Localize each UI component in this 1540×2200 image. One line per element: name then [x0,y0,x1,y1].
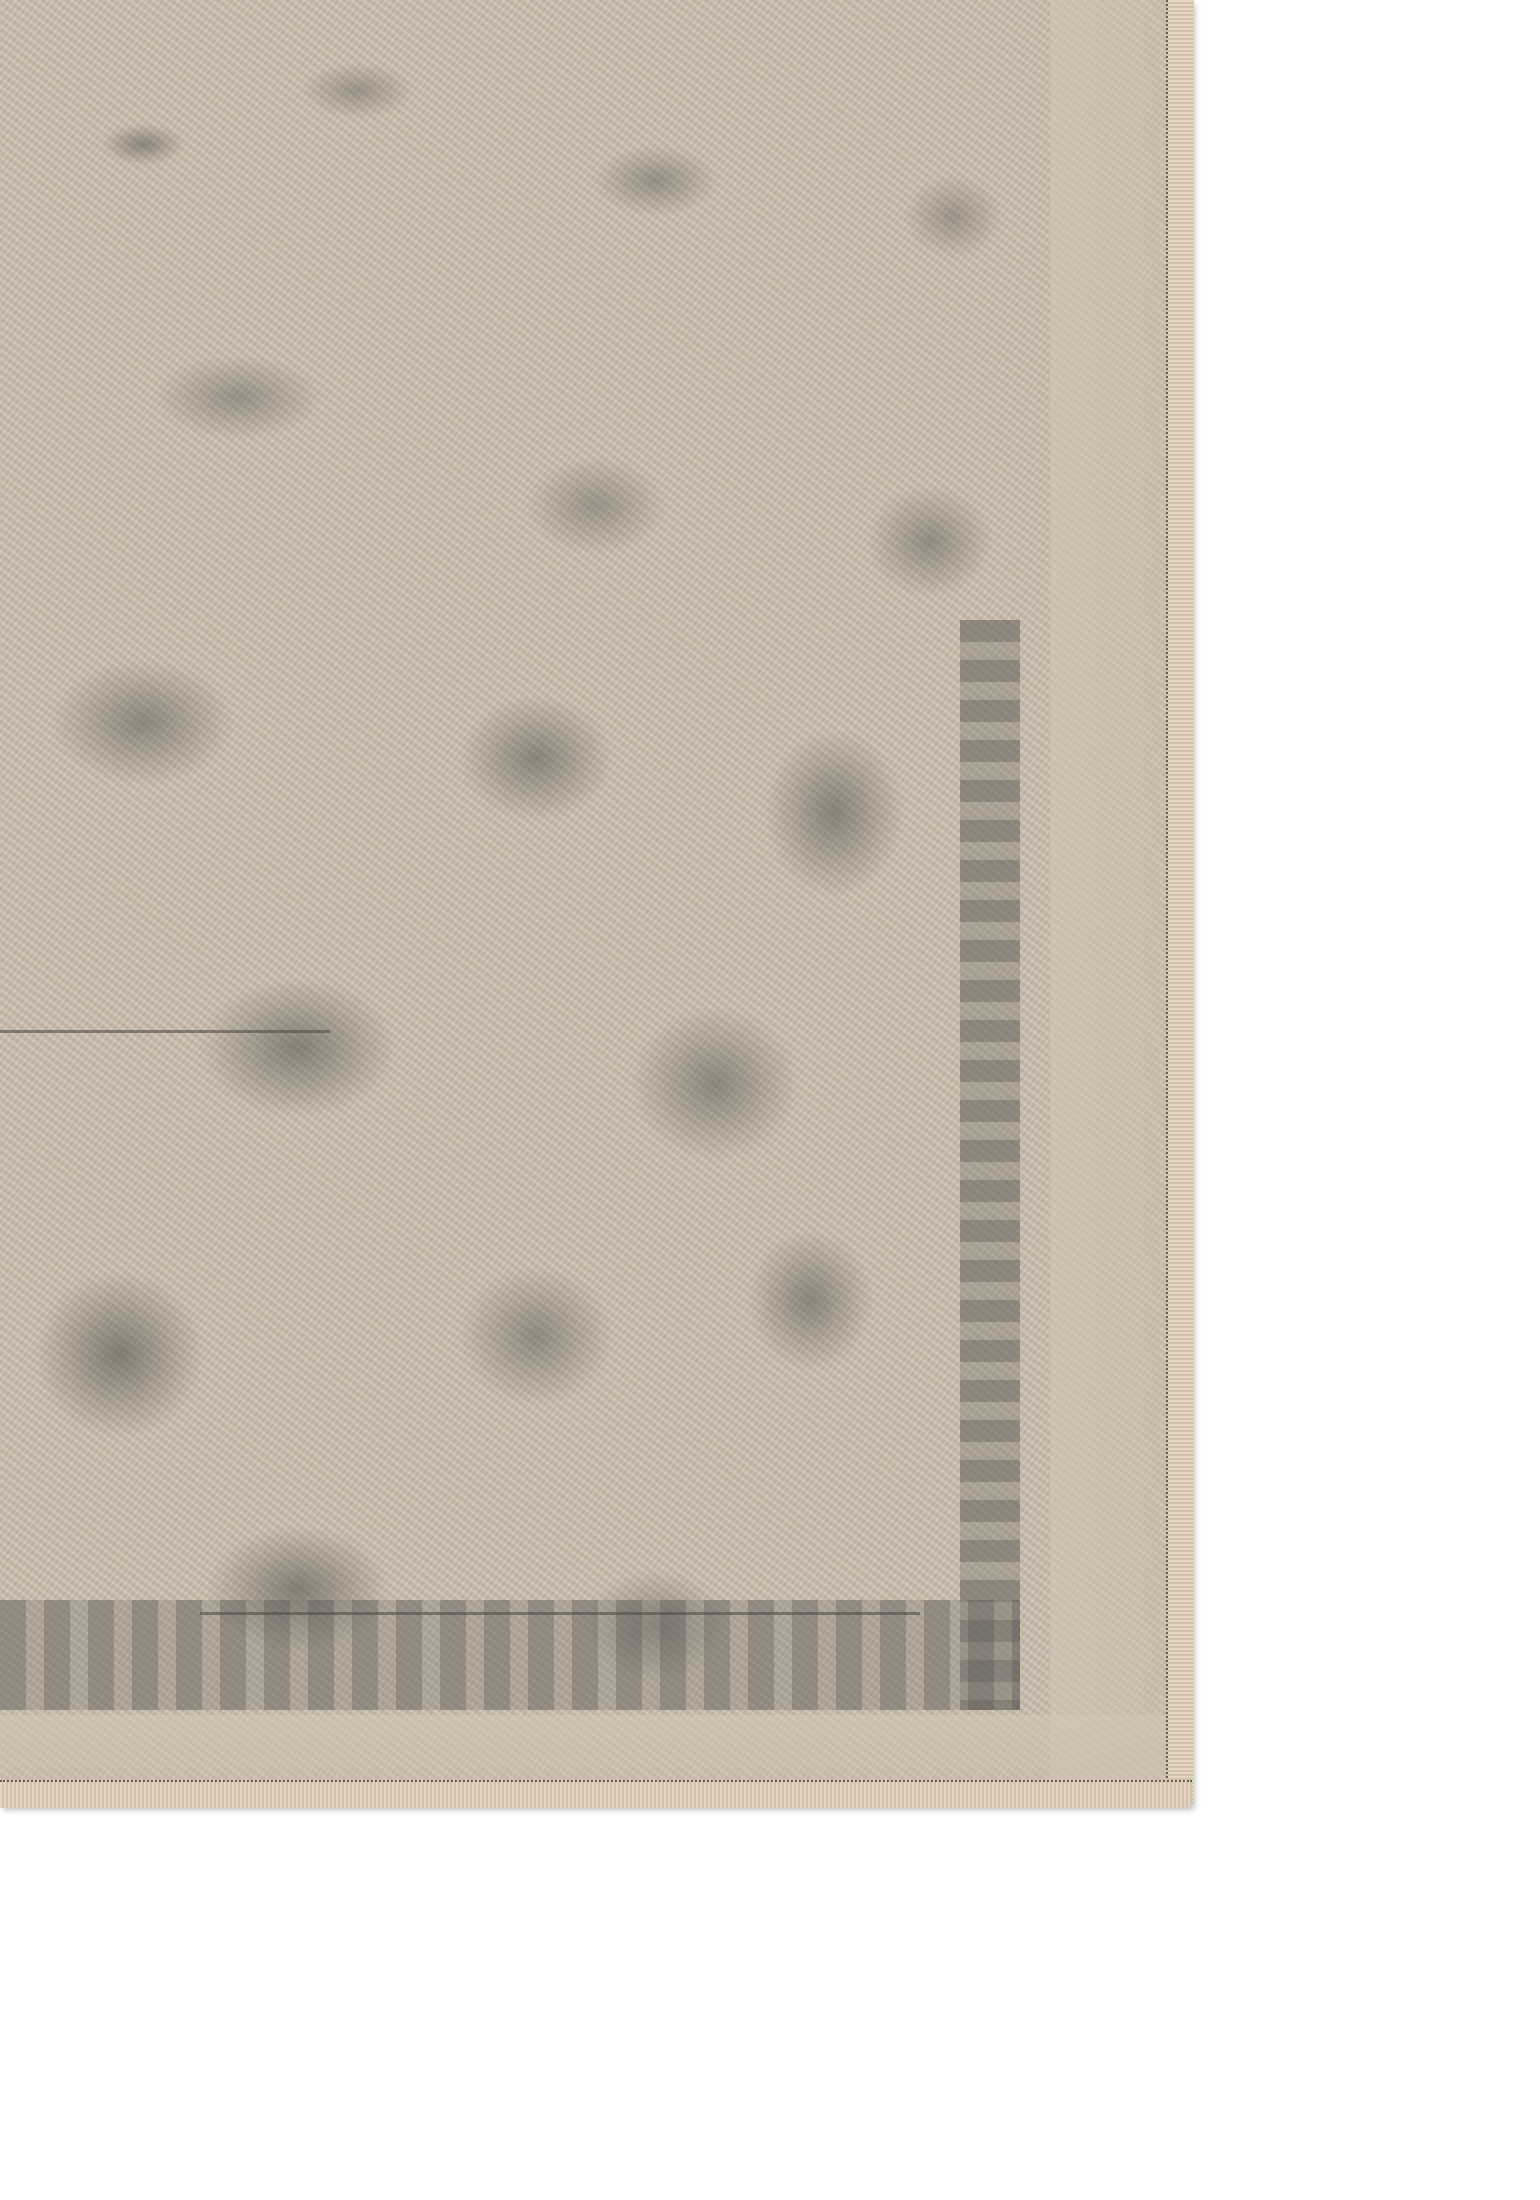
rug-binding-right [1166,0,1194,1806]
rug-border-horizontal [0,1600,1020,1710]
rug-photo [0,0,1192,1806]
rug-outer-field-right [1050,0,1165,1780]
rug-border-vertical [960,620,1020,1710]
rug-pattern-line [0,1030,330,1033]
rug-pattern-line [200,1612,920,1615]
rug-outer-field-bottom [0,1715,1165,1780]
rug-binding-bottom [0,1780,1192,1808]
